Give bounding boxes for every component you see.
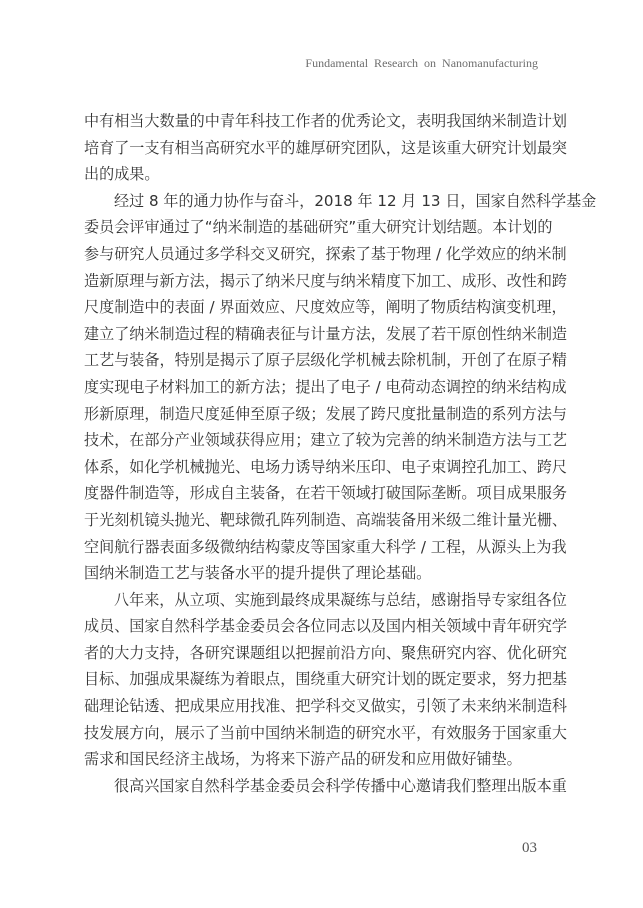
text-line: 度器件制造等，形成自主装备，在若干领域打破国际垄断。项目成果服务	[84, 480, 538, 507]
text-line: 中有相当大数量的中青年科技工作者的优秀论文，表明我国纳米制造计划	[84, 108, 538, 135]
paragraph-4: 很高兴国家自然科学基金委员会科学传播中心邀请我们整理出版本重	[84, 773, 538, 800]
text-line: 目标、加强成果凝练为着眼点，围绕重大研究计划的既定要求，努力把基	[84, 666, 538, 693]
paragraph-2: 经过 8 年的通力协作与奋斗，2018 年 12 月 13 日，国家自然科学基金…	[84, 188, 538, 587]
text-line: 成员、国家自然科学基金委员会各位同志以及国内相关领域中青年研究学	[84, 613, 538, 640]
text-line: 空间航行器表面多级微纳结构蒙皮等国家重大科学 / 工程，从源头上为我	[84, 534, 538, 561]
text-line: 尺度制造中的表面 / 界面效应、尺度效应等，阐明了物质结构演变机理，	[84, 294, 538, 321]
text-line: 需求和国民经济主战场，为将来下游产品的研发和应用做好铺垫。	[84, 746, 538, 773]
text-line: 技发展方向，展示了当前中国纳米制造的研究水平，有效服务于国家重大	[84, 720, 538, 747]
text-line: 八年来，从立项、实施到最终成果凝练与总结，感谢指导专家组各位	[84, 587, 538, 614]
text-line: 参与研究人员通过多学科交叉研究，探索了基于物理 / 化学效应的纳米制	[84, 241, 538, 268]
page-number: 03	[522, 840, 537, 857]
text-line: 度实现电子材料加工的新方法；提出了电子 / 电荷动态调控的纳米结构成	[84, 374, 538, 401]
text-line: 出的成果。	[84, 161, 538, 188]
text-line: 技术，在部分产业领域获得应用；建立了较为完善的纳米制造方法与工艺	[84, 427, 538, 454]
running-header: Fundamental Research on Nanomanufacturin…	[305, 56, 538, 71]
text-line: 经过 8 年的通力协作与奋斗，2018 年 12 月 13 日，国家自然科学基金	[84, 188, 538, 215]
text-line: 培育了一支有相当高研究水平的雄厚研究团队，这是该重大研究计划最突	[84, 135, 538, 162]
text-line: 很高兴国家自然科学基金委员会科学传播中心邀请我们整理出版本重	[84, 773, 538, 800]
text-line: 者的大力支持，各研究课题组以把握前沿方向、聚焦研究内容、优化研究	[84, 640, 538, 667]
text-line: 建立了纳米制造过程的精确表征与计量方法，发展了若干原创性纳米制造	[84, 321, 538, 348]
text-line: 工艺与装备，特别是揭示了原子层级化学机械去除机制，开创了在原子精	[84, 347, 538, 374]
text-line: 于光刻机镜头抛光、靶球微孔阵列制造、高端装备用米级二维计量光栅、	[84, 507, 538, 534]
text-line: 体系，如化学机械抛光、电场力诱导纳米压印、电子束调控孔加工、跨尺	[84, 454, 538, 481]
text-line: 委员会评审通过了“纳米制造的基础研究”重大研究计划结题。本计划的	[84, 214, 538, 241]
text-line: 础理论钻透、把成果应用找准、把学科交叉做实，引领了未来纳米制造科	[84, 693, 538, 720]
text-line: 形新原理，制造尺度延伸至原子级；发展了跨尺度批量制造的系列方法与	[84, 401, 538, 428]
paragraph-3: 八年来，从立项、实施到最终成果凝练与总结，感谢指导专家组各位 成员、国家自然科学…	[84, 587, 538, 773]
book-page: Fundamental Research on Nanomanufacturin…	[0, 0, 643, 908]
text-line: 造新原理与新方法，揭示了纳米尺度与纳米精度下加工、成形、改性和跨	[84, 268, 538, 295]
text-line: 国纳米制造工艺与装备水平的提升提供了理论基础。	[84, 560, 538, 587]
body-text: 中有相当大数量的中青年科技工作者的优秀论文，表明我国纳米制造计划 培育了一支有相…	[84, 108, 538, 799]
paragraph-1: 中有相当大数量的中青年科技工作者的优秀论文，表明我国纳米制造计划 培育了一支有相…	[84, 108, 538, 188]
